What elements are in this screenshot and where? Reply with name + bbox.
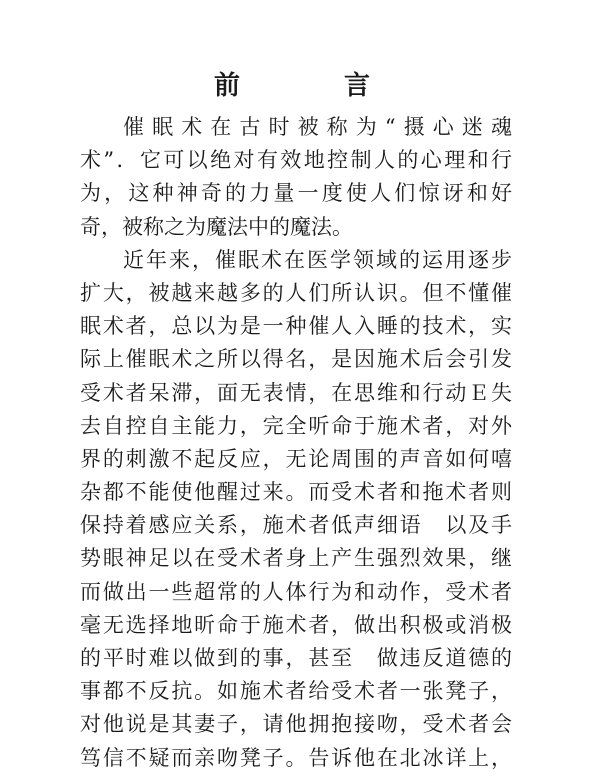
text-line: 界的刺激不起反应，无论周围的声音如何嘻 xyxy=(80,443,512,476)
text-line: 而做出一些超常的人体行为和动作，受术者 xyxy=(80,576,512,609)
document-body: 催眠术在古时被称为“摄心迷魂 术”．它可以绝对有效地控制人的心理和行 为，这种神… xyxy=(80,111,512,775)
text-line: 保持着感应关系，施术者低声细语 以及手 xyxy=(80,509,512,542)
text-line: 毫无选择地昕命于施术者，做出积极或消极 xyxy=(80,609,512,642)
text-line: 对他说是其妻子，请他拥抱接吻，受术者会 xyxy=(80,708,512,741)
text-line: 事都不反抗。如施术者给受术者一张凳子， xyxy=(80,675,512,708)
paragraph-1: 催眠术在古时被称为“摄心迷魂 术”．它可以绝对有效地控制人的心理和行 为，这种神… xyxy=(80,111,512,244)
page-title: 前 言 xyxy=(0,68,591,104)
title-char-2: 言 xyxy=(344,68,370,104)
text-line: 扩大，被越来越多的人们所认识。但不懂催 xyxy=(80,277,512,310)
text-line: 眠术者，总以为是一种催人入睡的技术，实 xyxy=(80,310,512,343)
paragraph-2: 近年来，催眠术在医学领域的运用逐步 扩大，被越来越多的人们所认识。但不懂催 眠术… xyxy=(80,244,512,775)
text-line: 术”．它可以绝对有效地控制人的心理和行 xyxy=(80,144,512,177)
text-line: 为，这种神奇的力量一度使人们惊讶和好 xyxy=(80,177,512,210)
text-line: 去自控自主能力，完全听命于施术者，对外 xyxy=(80,410,512,443)
text-line: 的平时难以做到的事，甚至 做违反道德的 xyxy=(80,642,512,675)
text-line: 势眼神足以在受术者身上产生强烈效果，继 xyxy=(80,542,512,575)
text-line: 杂都不能使他醒过来。而受术者和拖术者则 xyxy=(80,476,512,509)
text-line: 受术者呆滞，面无表情，在思维和行动Ｅ失 xyxy=(80,377,512,410)
text-line: 近年来，催眠术在医学领域的运用逐步 xyxy=(80,244,512,277)
text-line: 际上催眠术之所以得名，是因施术后会引发 xyxy=(80,343,512,376)
text-line: 笃信不疑而亲吻凳子。告诉他在北冰详上， xyxy=(80,742,512,775)
text-line: 奇，被称之为魔法中的魔法。 xyxy=(80,211,512,244)
title-char-1: 前 xyxy=(214,68,240,104)
text-line: 催眠术在古时被称为“摄心迷魂 xyxy=(80,111,512,144)
